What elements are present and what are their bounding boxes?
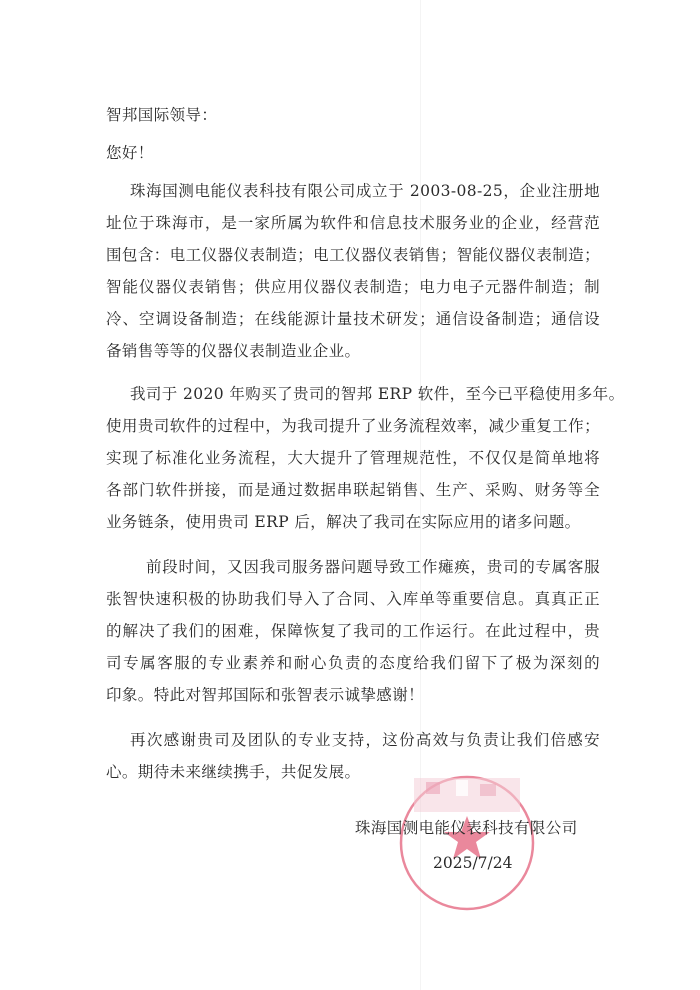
paragraph-1-line-5: 冷、空调设备制造；在线能源计量技术研发；通信设备制造；通信设 xyxy=(106,309,600,329)
paragraph-3-line-2: 张智快速积极的协助我们导入了合同、入库单等重要信息。真真正正 xyxy=(106,589,600,609)
letter-page: 智邦国际领导： 您好！ 珠海国测电能仪表科技有限公司成立于 2003-08-25… xyxy=(0,0,700,990)
paragraph-1-line-6: 备销售等等的仪器仪表制造业企业。 xyxy=(106,341,360,361)
paragraph-1-line-4: 智能仪器仪表销售；供应用仪器仪表制造；电力电子元器件制造；制 xyxy=(106,277,600,297)
paragraph-1-line-3: 围包含：电工仪器仪表制造；电工仪器仪表销售；智能仪器仪表制造； xyxy=(106,245,600,265)
paragraph-2-line-5: 业务链条，使用贵司 ERP 后，解决了我司在实际应用的诸多问题。 xyxy=(106,512,581,532)
signature-date: 2025/7/24 xyxy=(433,853,512,873)
salutation: 智邦国际领导： xyxy=(106,105,217,125)
paragraph-2-line-1: 我司于 2020 年购买了贵司的智邦 ERP 软件，至今已平稳使用多年。 xyxy=(130,384,600,404)
paragraph-4-line-2: 心。期待未来继续携手，共促发展。 xyxy=(106,762,360,782)
paragraph-1-line-2: 址位于珠海市，是一家所属为软件和信息技术服务业的企业，经营范 xyxy=(106,213,600,233)
paragraph-1-line-1: 珠海国测电能仪表科技有限公司成立于 2003-08-25，企业注册地 xyxy=(130,181,600,201)
paragraph-3-line-3: 的解决了我们的困难，保障恢复了我司的工作运行。在此过程中，贵 xyxy=(106,621,600,641)
paragraph-3-line-5: 印象。特此对智邦国际和张智表示诚挚感谢！ xyxy=(106,685,424,705)
signature-company-name: 珠海国测电能仪表科技有限公司 xyxy=(355,818,578,838)
paragraph-2-line-3: 实现了标准化业务流程，大大提升了管理规范性，不仅仅是简单地将 xyxy=(106,448,600,468)
paragraph-2-line-2: 使用贵司软件的过程中，为我司提升了业务流程效率，减少重复工作； xyxy=(106,416,600,436)
paragraph-3-line-4: 司专属客服的专业素养和耐心负责的态度给我们留下了极为深刻的 xyxy=(106,653,600,673)
paragraph-2-line-4: 各部门软件拼接，而是通过数据串联起销售、生产、采购、财务等全 xyxy=(106,480,600,500)
company-seal-stamp xyxy=(396,772,538,914)
paragraph-4-line-1: 再次感谢贵司及团队的专业支持，这份高效与负责让我们倍感安 xyxy=(130,730,600,750)
greeting: 您好！ xyxy=(106,143,154,163)
paragraph-3-line-1: 前段时间，又因我司服务器问题导致工作瘫痪，贵司的专属客服 xyxy=(146,557,600,577)
